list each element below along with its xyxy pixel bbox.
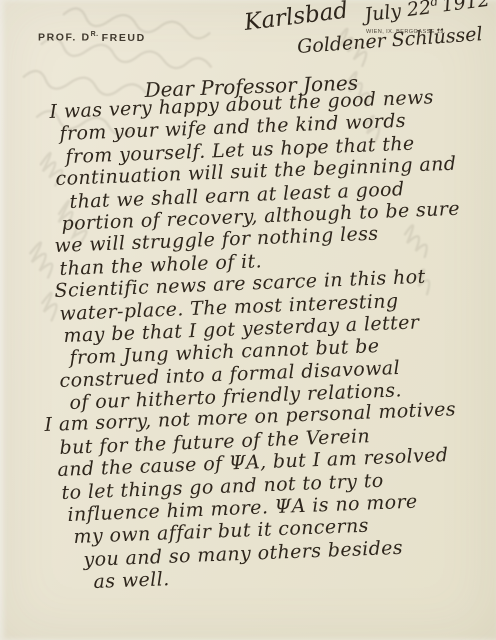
date-ordinal-superscript: d [430,0,439,9]
letterhead-name-superscript: R. [91,31,99,38]
letterhead-name-prefix: PROF. D [38,32,91,44]
date-day: July 22 [363,0,432,26]
letter-body: I was very happy about the good news fro… [0,101,496,594]
handwritten-date: July 22d1912 [363,0,491,26]
letterhead-surname: FREUD [102,32,146,44]
letterhead-printed-name: PROF. DR.FREUD [38,31,146,44]
handwritten-place: Karlsbad [243,0,350,36]
date-year: 1912 [440,0,491,17]
letter-page: PROF. DR.FREUD WIEN, IX. BERGGASSE 19. K… [0,0,496,640]
letterhead-printed-address: WIEN, IX. BERGGASSE 19. [366,29,446,35]
